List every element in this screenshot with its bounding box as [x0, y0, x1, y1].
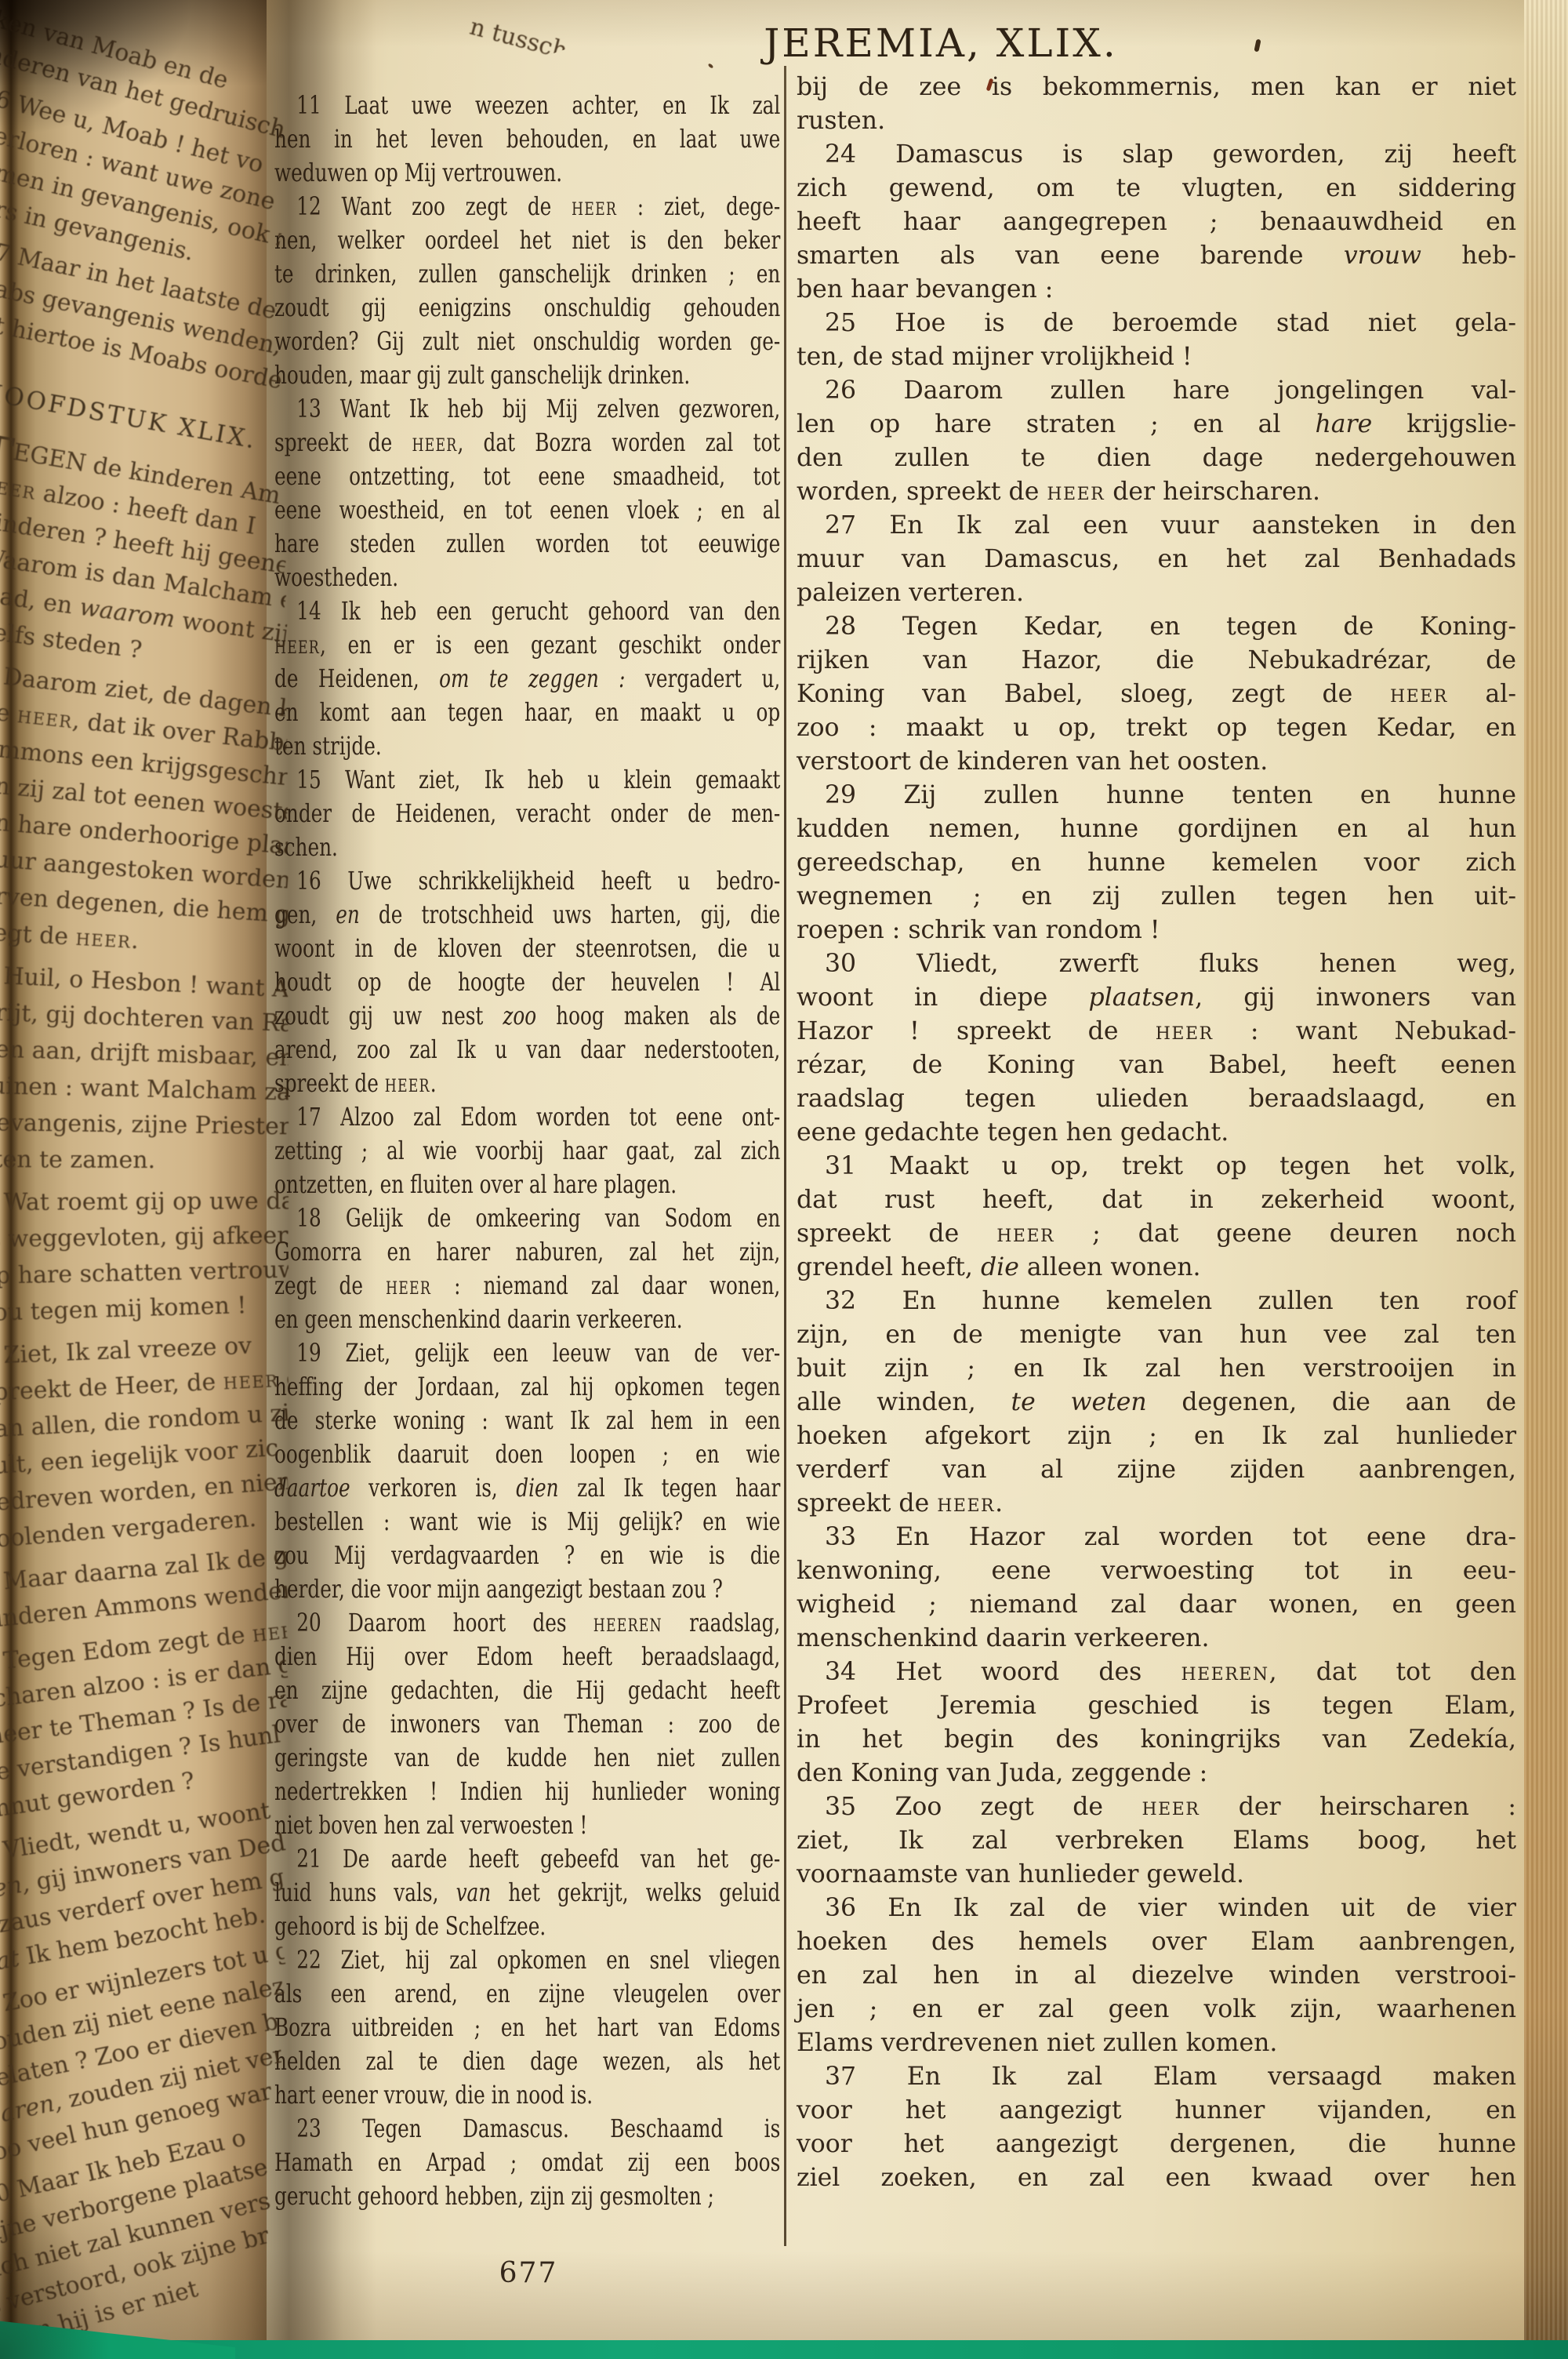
- right-column: bij de zee is bekommernis, men kan er ni…: [797, 71, 1516, 2195]
- verse-line: spreekt de heer.: [797, 1487, 1516, 1521]
- verse-line: niet boven hen zal verwoesten !: [274, 1809, 780, 1843]
- verse-line: ten, de stad mijner vrolijkheid !: [797, 340, 1516, 374]
- verse-line: rusten.: [797, 104, 1516, 138]
- verse-line: 32 En hunne kemelen zullen ten roof: [797, 1285, 1516, 1318]
- verse-line: verderf van al zijne zijden aanbrengen,: [797, 1453, 1516, 1487]
- verse-line: ontzetten, en fluiten over al hare plage…: [274, 1169, 780, 1202]
- verse-line: gerucht gehoord hebben, zijn zij gesmolt…: [274, 2180, 780, 2214]
- left-column: 11 Laat uwe weezen achter, en Ik zalhen …: [274, 89, 780, 2214]
- verse-line: onder de Heidenen, veracht onder de men-: [274, 798, 780, 831]
- verse-line: zijn, en de menigte van hun vee zal ten: [797, 1318, 1516, 1352]
- verse-line: len op hare straten ; en al hare krijgsl…: [797, 408, 1516, 442]
- verse-line: en geen menschenkind daarin verkeeren.: [274, 1303, 780, 1337]
- verse-line: smarten als van eene barende vrouw heb-: [797, 239, 1516, 273]
- verse-line: jen ; en er zal geen volk zijn, waarhene…: [797, 1993, 1516, 2026]
- verse-line: 29 Zij zullen hunne tenten en hunne: [797, 779, 1516, 812]
- verse-line: heeft haar aangegrepen ; benaauwdheid en: [797, 205, 1516, 239]
- verse-line: heffing der Jordaan, zal hij opkomen teg…: [274, 1371, 780, 1405]
- verse-line: 35 Zoo zegt de heer der heirscharen :: [797, 1790, 1516, 1824]
- verse-line: 34 Het woord des heeren, dat tot den: [797, 1656, 1516, 1689]
- book-photo: JEREMIA, XLIX. 11 Laat uwe weezen achter…: [0, 0, 1568, 2359]
- verse-line: hart eener vrouw, die in nood is.: [274, 2079, 780, 2113]
- verse-line: zoo : maakt u op, trekt op tegen Kedar, …: [797, 711, 1516, 745]
- verse-line: hoeken afgekort zijn ; en Ik zal hunlied…: [797, 1419, 1516, 1453]
- verse-line: 27 En Ik zal een vuur aansteken in den: [797, 509, 1516, 543]
- verse-line: ben haar bevangen :: [797, 273, 1516, 307]
- verse-line: Koning van Babel, sloeg, zegt de heer al…: [797, 678, 1516, 711]
- verse-line: kenwoning, eene verwoesting tot in eeu-: [797, 1554, 1516, 1588]
- verse-line: weduwen op Mij vertrouwen.: [274, 157, 780, 191]
- verse-line: en zal hen in al diezelve winden verstro…: [797, 1959, 1516, 1993]
- verse-line: 30 Vliedt, zwerft fluks henen weg,: [797, 947, 1516, 981]
- verse-line: kudden nemen, hunne gordijnen en al hun: [797, 812, 1516, 846]
- verse-line: woestheden.: [274, 562, 780, 595]
- verse-line: wegnemen ; en zij zullen tegen hen uit-: [797, 880, 1516, 914]
- verse-line: luid huns vals, van het gekrijt, welks g…: [274, 1877, 780, 1910]
- verse-line: Bozra uitbreiden ; en het hart van Edoms: [274, 2012, 780, 2045]
- verse-line: in het begin des koningrijks van Zedekía…: [797, 1723, 1516, 1757]
- verse-line: ziet, Ik zal verbreken Elams boog, het: [797, 1824, 1516, 1858]
- verse-line: oogenblik daaruit doen loopen ; en wie: [274, 1438, 780, 1472]
- verse-line: en zijne gedachten, die Hij gedacht heef…: [274, 1674, 780, 1708]
- verse-line: muur van Damascus, en het zal Benhadads: [797, 543, 1516, 576]
- verse-line: ziel zoeken, en zal een kwaad over hen: [797, 2161, 1516, 2195]
- verse-line: voor het aangezigt hunner vijanden, en: [797, 2094, 1516, 2128]
- verse-line: Elams verdrevenen niet zullen komen.: [797, 2026, 1516, 2060]
- verse-line: bij de zee is bekommernis, men kan er ni…: [797, 71, 1516, 104]
- verse-line: dien Hij over Edom heeft beraadslaagd,: [274, 1641, 780, 1674]
- verse-line: over de inwoners van Theman : zoo de: [274, 1708, 780, 1742]
- verse-line: buit zijn ; en Ik zal hen verstrooijen i…: [797, 1352, 1516, 1386]
- verse-line: alle winden, te weten degenen, die aan d…: [797, 1386, 1516, 1419]
- verse-line: heer, en er is een gezant geschikt onder: [274, 629, 780, 663]
- verse-line: zoudt gij uw nest zoo hoog maken als de: [274, 1000, 780, 1034]
- verse-line: 15 Want ziet, Ik heb u klein gemaakt: [274, 764, 780, 798]
- page-number: 677: [450, 2257, 607, 2289]
- verse-line: rézar, de Koning van Babel, heeft eenen: [797, 1049, 1516, 1082]
- verse-line: 28 Tegen Kedar, en tegen de Koning-: [797, 610, 1516, 644]
- verse-line: eene gedachte tegen hen gedacht.: [797, 1116, 1516, 1150]
- verse-line: en komt aan tegen haar, en maakt u op: [274, 696, 780, 730]
- verse-line: gehoord is bij de Schelfzee.: [274, 1910, 780, 1944]
- verse-line: als een arend, en zijne vleugelen over: [274, 1978, 780, 2012]
- verse-line: roepen : schrik van rondom !: [797, 914, 1516, 947]
- verse-line: spreekt de heer, dat Bozra worden zal to…: [274, 427, 780, 460]
- verse-line: nedertrekken ! Indien hij hunlieder woni…: [274, 1776, 780, 1809]
- verse-line: voornaamste van hunlieder geweld.: [797, 1858, 1516, 1892]
- verse-line: 31 Maakt u op, trekt op tegen het volk,: [797, 1150, 1516, 1183]
- verse-line: woont in de kloven der steenrotsen, die …: [274, 932, 780, 966]
- verse-line: gen, en de trotschheid uws harten, gij, …: [274, 899, 780, 932]
- verse-line: helden zal te dien dage wezen, als het: [274, 2045, 780, 2079]
- verse-line: menschenkind daarin verkeeren.: [797, 1622, 1516, 1656]
- verse-line: Gomorra en harer naburen, zal het zijn,: [274, 1236, 780, 1270]
- table-surface: [0, 2340, 1568, 2359]
- verse-line: raadslag tegen ulieden beraadslaagd, en: [797, 1082, 1516, 1116]
- verse-line: bestellen : want wie is Mij gelijk? en w…: [274, 1506, 780, 1539]
- verse-line: 20 Daarom hoort des heeren raadslag,: [274, 1607, 780, 1641]
- verse-line: 21 De aarde heeft gebeefd van het ge-: [274, 1843, 780, 1877]
- verse-line: schen.: [274, 831, 780, 865]
- verse-line: paleizen verteren.: [797, 576, 1516, 610]
- verse-line: den zullen te dien dage nedergehouwen: [797, 442, 1516, 475]
- column-divider: [784, 66, 786, 2246]
- verse-line: Profeet Jeremia geschied is tegen Elam,: [797, 1689, 1516, 1723]
- verse-line: 11 Laat uwe weezen achter, en Ik zal: [274, 89, 780, 123]
- verse-line: ten strijde.: [274, 730, 780, 764]
- verse-line: geringste van de kudde hen niet zullen: [274, 1742, 780, 1776]
- verse-line: zich gewend, om te vlugten, en siddering: [797, 172, 1516, 205]
- verse-line: voor het aangezigt dergenen, die hunne: [797, 2128, 1516, 2161]
- verse-line: 13 Want Ik heb bij Mij zelven gezworen,: [274, 393, 780, 427]
- verse-line: rijken van Hazor, die Nebukadrézar, de: [797, 644, 1516, 678]
- verse-line: herder, die voor mijn aangezigt bestaan …: [274, 1573, 780, 1607]
- verse-line: 19 Ziet, gelijk een leeuw van de ver-: [274, 1337, 780, 1371]
- verse-line: 22 Ziet, hij zal opkomen en snel vliegen: [274, 1944, 780, 1978]
- verse-line: 24 Damascus is slap geworden, zij heeft: [797, 138, 1516, 172]
- verse-line: 25 Hoe is de beroemde stad niet gela-: [797, 307, 1516, 340]
- verse-line: zou Mij verdagvaarden ? en wie is die: [274, 1539, 780, 1573]
- verse-line: grendel heeft, die alleen wonen.: [797, 1251, 1516, 1285]
- verse-line: hare steden zullen worden tot eeuwige: [274, 528, 780, 562]
- verse-line: verstoort de kinderen van het oosten.: [797, 745, 1516, 779]
- verse-line: de Heidenen, om te zeggen : vergadert u,: [274, 663, 780, 696]
- verse-line: 17 Alzoo zal Edom worden tot eene ont-: [274, 1101, 780, 1135]
- verse-line: worden, spreekt de heer der heirscharen.: [797, 475, 1516, 509]
- verse-line: eene ontzetting, tot eene smaadheid, tot: [274, 460, 780, 494]
- verse-line: 16 Uwe schrikkelijkheid heeft u bedro-: [274, 865, 780, 899]
- verse-line: zegt de heer : niemand zal daar wonen,: [274, 1270, 780, 1303]
- bible-page: JEREMIA, XLIX. 11 Laat uwe weezen achter…: [267, 0, 1529, 2345]
- verse-line: den Koning van Juda, zeggende :: [797, 1757, 1516, 1790]
- verse-line: 26 Daarom zullen hare jongelingen val-: [797, 374, 1516, 408]
- verse-line: nen, welker oordeel het niet is den beke…: [274, 224, 780, 258]
- verse-line: 23 Tegen Damascus. Beschaamd is: [274, 2113, 780, 2146]
- verse-line: houden, maar gij zult ganschelijk drinke…: [274, 359, 780, 393]
- verse-line: de sterke woning : want Ik zal hem in ee…: [274, 1405, 780, 1438]
- verse-line: 37 En Ik zal Elam versaagd maken: [797, 2060, 1516, 2094]
- verse-line: zetting ; al wie voorbij haar gaat, zal …: [274, 1135, 780, 1169]
- verse-line: houdt op de hoogte der heuvelen ! Al: [274, 966, 780, 1000]
- verse-line: te drinken, zullen ganschelijk drinken ;…: [274, 258, 780, 292]
- verse-line: 36 En Ik zal de vier winden uit de vier: [797, 1892, 1516, 1925]
- verse-line: eene woestheid, en tot eenen vloek ; en …: [274, 494, 780, 528]
- verse-line: arend, zoo zal Ik u van daar nederstoote…: [274, 1034, 780, 1067]
- verse-line: woont in diepe plaatsen, gij inwoners va…: [797, 981, 1516, 1015]
- verse-line: Hamath en Arpad ; omdat zij een boos: [274, 2146, 780, 2180]
- verse-line: wigheid ; niemand zal daar wonen, en gee…: [797, 1588, 1516, 1622]
- verse-line: gereedschap, en hunne kemelen voor zich: [797, 846, 1516, 880]
- verse-line: zoudt gij eenigzins onschuldig gehouden: [274, 292, 780, 325]
- verse-line: 12 Want zoo zegt de heer : ziet, dege-: [274, 191, 780, 224]
- verse-line: hen in het leven behouden, en laat uwe: [274, 123, 780, 157]
- verse-line: worden? Gij zult niet onschuldig worden …: [274, 325, 780, 359]
- verse-line: 18 Gelijk de omkeering van Sodom en: [274, 1202, 780, 1236]
- verse-line: Hazor ! spreekt de heer : want Nebukad-: [797, 1015, 1516, 1049]
- verse-line: spreekt de heer.: [274, 1067, 780, 1101]
- verse-line: dat rust heeft, dat in zekerheid woont,: [797, 1183, 1516, 1217]
- verse-line: hoeken des hemels over Elam aanbrengen,: [797, 1925, 1516, 1959]
- verse-line: spreekt de heer ; dat geene deuren noch: [797, 1217, 1516, 1251]
- verse-line: 33 En Hazor zal worden tot eene dra-: [797, 1521, 1516, 1554]
- verse-line: 14 Ik heb een gerucht gehoord van den: [274, 595, 780, 629]
- right-page-edge: [1524, 0, 1568, 2359]
- verse-line: daartoe verkoren is, dien zal Ik tegen h…: [274, 1472, 780, 1506]
- page-title: JEREMIA, XLIX.: [267, 20, 1529, 66]
